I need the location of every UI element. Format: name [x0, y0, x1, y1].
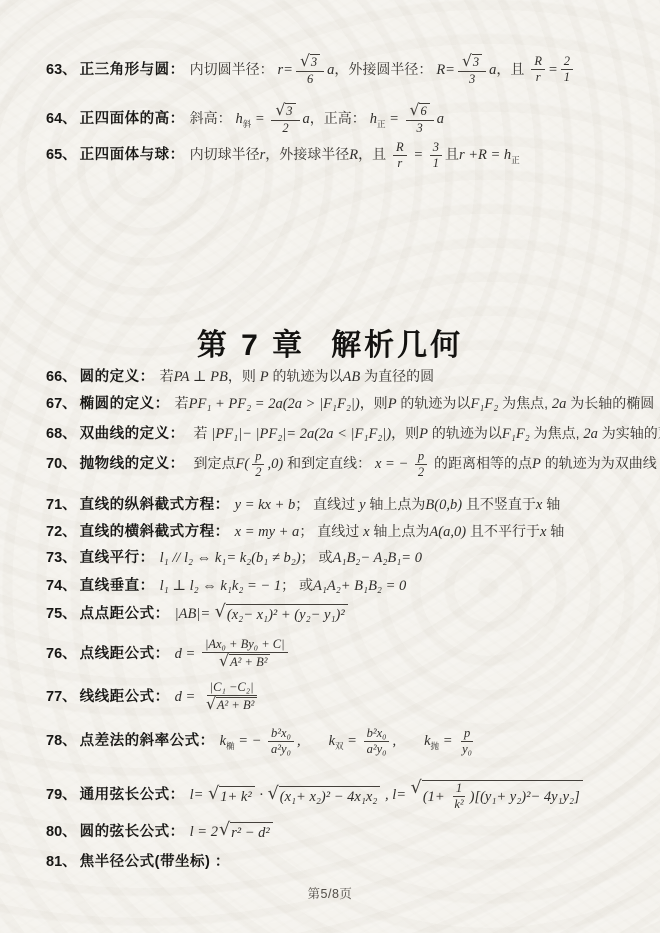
math-text: p: [255, 450, 261, 463]
text: ，且: [358, 146, 390, 162]
fraction-denominator: 3: [413, 121, 425, 135]
radicand: A² + B²: [216, 697, 257, 712]
math-text: )[(y₁+ y₂)²− 4y₁y₂]: [470, 788, 580, 806]
item-formula: 内切球半径r，外接球半径R，且 Rr = 31且r +R = h正: [190, 146, 520, 162]
fraction-numerator: p: [252, 450, 264, 465]
item-formula: d = |Ax₀ + By₀ + C|√A² + B²: [175, 645, 291, 661]
math-text: =: [344, 733, 361, 749]
fraction-numerator: √3: [296, 54, 324, 72]
subscript: 双: [335, 741, 344, 751]
fraction: √33: [458, 54, 486, 86]
formula-item-80: 80、圆的弦长公式：l = 2√r² − d²: [46, 822, 652, 842]
item-formula: |AB|= √(x₂− x₁)² + (y₂− y₁)²: [175, 605, 349, 621]
formula-item-78: 78、点差法的斜率公式：k椭 = − b²x₀a²y₀, k双 = b²x₀a²…: [46, 727, 652, 756]
item-number: 81、: [46, 854, 77, 870]
math-text: 6: [307, 73, 313, 86]
chapter-title: 解析几何: [331, 329, 463, 362]
math-text: 3: [286, 105, 292, 118]
math-text: l₁ ⊥ l₂ ⇔ k₁k₂ = − 1: [160, 578, 281, 594]
math-text: P: [532, 456, 541, 472]
text: 轴: [546, 523, 564, 539]
text: ，则: [360, 395, 388, 411]
item-number: 75、: [46, 606, 77, 622]
fraction: √63: [406, 103, 434, 135]
fraction-denominator: √A² + B²: [215, 653, 274, 670]
formula-item-81: 81、焦半径公式(带坐标) ：: [46, 853, 652, 871]
fraction-denominator: r: [394, 156, 405, 170]
item-number: 72、: [46, 524, 77, 540]
item-formula: 到定点F(p2,0) 和到定直线： x = − p2 的距离相等的点P 的轨迹为…: [190, 455, 657, 471]
radical-sign: √: [268, 786, 279, 806]
math-text: d =: [175, 646, 199, 662]
item-formula: l₁ ⊥ l₂ ⇔ k₁k₂ = − 1； 或A₁A₂+ B₁B₂ = 0: [160, 577, 407, 593]
subscript: 抛: [431, 741, 440, 751]
text: ，则: [228, 368, 260, 384]
math-text: ,0): [267, 456, 283, 472]
math-text: y₀: [462, 743, 472, 756]
math-text: 6: [420, 105, 426, 118]
radical-sign: √: [219, 654, 229, 670]
item-number: 73、: [46, 550, 77, 566]
radical: √(x₁+ x₂)² − 4x₁x₂: [268, 786, 381, 806]
fraction-denominator: a²y₀: [268, 742, 294, 756]
radical-sign: √: [411, 780, 422, 811]
radicand: A² + B²: [229, 654, 270, 669]
math-text: 3: [416, 122, 422, 135]
text: 和到定直线：: [283, 455, 375, 471]
math-text: r +R = h: [459, 147, 511, 163]
math-text: R=: [436, 62, 455, 78]
math-text: AB: [342, 369, 360, 385]
fraction: √32: [271, 103, 299, 135]
math-text: d =: [175, 689, 199, 705]
text: 轴上点为: [370, 523, 430, 539]
text: 若: [160, 368, 174, 384]
math-text: r: [536, 71, 541, 84]
item-title: 通用弦长公式：: [80, 787, 185, 803]
math-text: , l=: [381, 787, 409, 803]
math-text: P: [388, 396, 397, 412]
math-text: a: [303, 111, 310, 127]
text: 内切球半径: [190, 146, 260, 162]
item-number: 65、: [46, 147, 77, 163]
text: 的距离相等的点: [430, 455, 532, 471]
fraction: |C₁ −C₂|√A² + B²: [202, 681, 261, 713]
text: 为焦点,: [498, 395, 552, 411]
fraction-numerator: R: [393, 141, 407, 156]
text: 为直径的圆: [360, 368, 434, 384]
math-text: A₁A₂+ B₁B₂ = 0: [313, 578, 406, 594]
radical: √A² + B²: [219, 654, 270, 670]
math-text: =: [410, 147, 427, 163]
item-formula: l = 2√r² − d²: [190, 823, 274, 839]
math-text: PA ⊥ PB: [174, 369, 228, 385]
fraction-numerator: √3: [271, 103, 299, 121]
math-text: h: [236, 111, 243, 127]
math-text: (1+: [423, 788, 449, 806]
math-text: A(a,0): [429, 524, 466, 540]
item-formula: 内切圆半径： r=√36a，外接圆半径： R=√33a，且 Rr=21: [190, 61, 576, 77]
radical-sign: √: [208, 786, 219, 806]
radical-sign: √: [410, 103, 420, 119]
radicand: 3: [472, 54, 482, 69]
radical: √(x₂− x₁)² + (y₂− y₁)²: [215, 604, 348, 624]
math-text: h: [370, 111, 377, 127]
item-title: 直线的横斜截式方程：: [80, 524, 230, 540]
fraction-numerator: |Ax₀ + By₀ + C|: [202, 638, 288, 653]
fraction: b²x₀a²y₀: [268, 727, 294, 756]
math-text: B(0,b): [425, 497, 462, 513]
fraction-numerator: b²x₀: [268, 727, 294, 742]
formula-item-71: 71、直线的纵斜截式方程：y = kx + b； 直线过 y 轴上点为B(0,b…: [46, 496, 652, 514]
math-text: =: [385, 111, 402, 127]
chapter-heading: 第 7 章解析几何: [0, 320, 660, 364]
math-text: F₁F₂: [502, 426, 530, 442]
text: ，则: [391, 425, 419, 441]
formula-item-75: 75、点点距公式：|AB|= √(x₂− x₁)² + (y₂− y₁)²: [46, 604, 652, 624]
text: 的轨迹为以: [269, 368, 343, 384]
math-text: 2: [255, 466, 261, 479]
radicand: 1+ k²: [219, 786, 254, 806]
text: 若: [175, 395, 189, 411]
math-text: 1: [433, 157, 439, 170]
fraction-numerator: √3: [458, 54, 486, 72]
text: 轴上点为: [366, 496, 426, 512]
item-title: 直线垂直：: [80, 578, 155, 594]
fraction: 21: [561, 55, 573, 84]
math-text: l = 2: [190, 824, 218, 840]
text: 为长轴的椭圆: [566, 395, 654, 411]
math-text: b²x₀: [271, 727, 291, 740]
radical: √(1+ 1k²)[(y₁+ y₂)²− 4y₁y₂]: [411, 780, 583, 811]
item-number: 64、: [46, 111, 77, 127]
text: 轴: [542, 496, 560, 512]
fraction: 1k²: [451, 782, 466, 811]
fraction-numerator: √6: [406, 103, 434, 121]
radical: √1+ k²: [208, 786, 255, 806]
text: ，正高：: [310, 110, 370, 126]
math-text: F₁F₂: [470, 396, 498, 412]
fraction-numerator: p: [415, 450, 427, 465]
item-title: 线线距公式：: [80, 689, 170, 705]
formula-item-63: 63、正三角形与圆：内切圆半径： r=√36a，外接圆半径： R=√33a，且 …: [46, 54, 652, 86]
text: 为焦点,: [530, 425, 584, 441]
radicand: r² − d²: [230, 822, 273, 842]
item-formula: 若PF₁ + PF₂ = 2a(2a > |F₁F₂|)，则P 的轨迹为以F₁F…: [175, 395, 655, 411]
text: 斜高：: [190, 110, 236, 126]
document-page: 63、正三角形与圆：内切圆半径： r=√36a，外接圆半径： R=√33a，且 …: [0, 0, 660, 933]
fraction-numerator: |C₁ −C₂|: [207, 681, 257, 696]
fraction-numerator: 1: [453, 782, 465, 797]
formula-item-77: 77、线线距公式：d = |C₁ −C₂|√A² + B²: [46, 681, 652, 713]
item-formula: 斜高： h斜 = √32a，正高： h正 = √63a: [190, 110, 444, 126]
text: 若: [190, 425, 212, 441]
math-text: a: [437, 111, 444, 127]
math-text: PF₁ + PF₂ = 2a(2a > |F₁F₂|): [189, 396, 360, 412]
text: 且: [445, 146, 459, 162]
math-text: A² + B²: [230, 656, 267, 669]
item-title: 正三角形与圆：: [80, 62, 185, 78]
text: [396, 732, 424, 748]
math-text: =: [251, 111, 268, 127]
math-text: 1: [564, 71, 570, 84]
fraction: p2: [415, 450, 427, 479]
item-title: 直线的纵斜截式方程：: [80, 497, 230, 513]
radicand: 3: [310, 54, 320, 69]
fraction-denominator: 6: [304, 72, 316, 86]
math-text: |AB|=: [175, 606, 214, 622]
text: 内切圆半径：: [190, 61, 278, 77]
item-title: 抛物线的定义：: [80, 456, 185, 472]
math-text: r: [397, 157, 402, 170]
formula-item-72: 72、直线的横斜截式方程：x = my + a； 直线过 x 轴上点为A(a,0…: [46, 523, 652, 541]
math-text: A₁B₂− A₂B₁= 0: [333, 550, 422, 566]
item-formula: x = my + a； 直线过 x 轴上点为A(a,0) 且不平行于x 轴: [235, 523, 565, 539]
item-number: 67、: [46, 396, 77, 412]
fraction: Rr: [531, 55, 545, 84]
text: 且不平行于: [466, 523, 540, 539]
item-title: 直线平行：: [80, 550, 155, 566]
formula-item-68: 68、双曲线的定义： 若 |PF₁|− |PF₂|= 2a(2a < |F₁F₂…: [46, 425, 652, 443]
fraction-denominator: r: [533, 70, 544, 84]
text: ，外接圆半径：: [334, 61, 436, 77]
fraction: p2: [252, 450, 264, 479]
math-text: l=: [190, 787, 207, 803]
math-text: = −: [235, 733, 265, 749]
fraction-denominator: 2: [252, 465, 264, 479]
text: 的轨迹为以: [397, 395, 471, 411]
fraction-denominator: 1: [561, 70, 573, 84]
math-text: 2a: [583, 426, 598, 442]
formula-item-64: 64、正四面体的高：斜高： h斜 = √32a，正高： h正 = √63a: [46, 103, 652, 135]
text: ，且: [496, 61, 528, 77]
item-title: 圆的弦长公式：: [80, 824, 185, 840]
formula-item-76: 76、点线距公式：d = |Ax₀ + By₀ + C|√A² + B²: [46, 638, 652, 670]
fraction-numerator: b²x₀: [364, 727, 390, 742]
item-number: 68、: [46, 426, 77, 442]
radicand: (x₁+ x₂)² − 4x₁x₂: [279, 786, 381, 806]
item-number: 74、: [46, 578, 77, 594]
item-title: 点线距公式：: [80, 646, 170, 662]
math-text: (x₂− x₁)² + (y₂− y₁)²: [227, 606, 345, 624]
math-text: P: [419, 426, 428, 442]
math-text: 2a: [552, 396, 567, 412]
math-text: A² + B²: [217, 699, 254, 712]
radical-sign: √: [206, 697, 216, 713]
item-number: 76、: [46, 646, 77, 662]
fraction: py₀: [459, 727, 475, 756]
item-number: 77、: [46, 689, 77, 705]
fraction-numerator: 2: [561, 55, 573, 70]
text: [301, 732, 329, 748]
item-title: 双曲线的定义：: [80, 426, 185, 442]
radical-sign: √: [215, 604, 226, 624]
item-formula: l₁ // l₂ ⇔ k₁= k₂(b₁ ≠ b₂)； 或A₁B₂− A₂B₁=…: [160, 549, 422, 565]
fraction-denominator: 2: [279, 121, 291, 135]
item-formula: 若PA ⊥ PB，则 P 的轨迹为以AB 为直径的圆: [160, 368, 434, 384]
fraction: 31: [430, 141, 442, 170]
fraction-denominator: 2: [415, 465, 427, 479]
math-text: p: [464, 727, 470, 740]
fraction: Rr: [393, 141, 407, 170]
item-number: 79、: [46, 787, 77, 803]
text: ； 直线过: [299, 523, 363, 539]
formula-item-70: 70、抛物线的定义： 到定点F(p2,0) 和到定直线： x = − p2 的距…: [46, 450, 652, 479]
math-text: y = kx + b: [235, 497, 296, 513]
radical-sign: √: [300, 54, 310, 70]
math-text: F(: [236, 456, 250, 472]
fraction: √36: [296, 54, 324, 86]
item-formula: d = |C₁ −C₂|√A² + B²: [175, 688, 265, 704]
math-text: 3: [311, 56, 317, 69]
math-text: x = −: [375, 456, 412, 472]
item-number: 78、: [46, 733, 77, 749]
fraction-denominator: 1: [430, 156, 442, 170]
text: 且不竖直于: [462, 496, 536, 512]
item-number: 71、: [46, 497, 77, 513]
math-text: 2: [564, 55, 570, 68]
text: ，外接球半径: [265, 146, 349, 162]
math-text: 2: [282, 122, 288, 135]
math-text: 1: [456, 782, 462, 795]
text: 的轨迹为为双曲线: [541, 455, 657, 471]
text: ； 或: [281, 577, 313, 593]
formula-item-66: 66、圆的定义：若PA ⊥ PB，则 P 的轨迹为以AB 为直径的圆: [46, 368, 652, 386]
math-text: 3: [469, 73, 475, 86]
item-title: 圆的定义：: [80, 369, 155, 385]
math-text: R: [396, 141, 404, 154]
subscript: 正: [511, 155, 520, 165]
math-text: 1+ k²: [220, 788, 251, 806]
radical-sign: √: [462, 54, 472, 70]
radical: √r² − d²: [219, 822, 273, 842]
math-text: R: [349, 147, 358, 163]
fraction: |Ax₀ + By₀ + C|√A² + B²: [202, 638, 288, 670]
fraction-numerator: p: [461, 727, 473, 742]
formula-item-65: 65、正四面体与球：内切球半径r，外接球半径R，且 Rr = 31且r +R =…: [46, 141, 652, 170]
item-formula: k椭 = − b²x₀a²y₀, k双 = b²x₀a²y₀, k抛 = py₀: [220, 732, 478, 748]
radicand: 6: [419, 103, 429, 118]
radical-sign: √: [275, 103, 285, 119]
math-text: 3: [433, 141, 439, 154]
math-text: r² − d²: [231, 824, 270, 842]
formula-item-79: 79、通用弦长公式：l= √1+ k² · √(x₁+ x₂)² − 4x₁x₂…: [46, 780, 652, 811]
math-text: (x₁+ x₂)² − 4x₁x₂: [280, 788, 378, 806]
math-text: |Ax₀ + By₀ + C|: [205, 638, 285, 651]
math-text: b²x₀: [367, 727, 387, 740]
text: 到定点: [190, 455, 236, 471]
math-text: |C₁ −C₂|: [210, 681, 254, 694]
page-footer: 第5/8页: [0, 884, 660, 902]
radical: √3: [300, 54, 320, 70]
math-text: k²: [454, 798, 463, 811]
item-title: 点点距公式：: [80, 606, 170, 622]
fraction-denominator: y₀: [459, 742, 475, 756]
item-title: 焦半径公式(带坐标) ：: [80, 854, 230, 870]
math-text: r=: [278, 62, 293, 78]
radical: √3: [462, 54, 482, 70]
math-text: ·: [256, 787, 267, 803]
text: ； 或: [301, 549, 333, 565]
fraction-numerator: R: [531, 55, 545, 70]
radical: √3: [275, 103, 295, 119]
math-text: P: [260, 369, 269, 385]
radicand: 3: [285, 103, 295, 118]
math-text: 3: [473, 56, 479, 69]
text: ； 直线过: [295, 496, 359, 512]
chapter-number: 第 7 章: [197, 329, 305, 362]
radical-sign: √: [219, 822, 230, 842]
item-title: 正四面体与球：: [80, 147, 185, 163]
fraction-denominator: a²y₀: [364, 742, 390, 756]
text: 的轨迹为以: [428, 425, 502, 441]
radicand: (1+ 1k²)[(y₁+ y₂)²− 4y₁y₂]: [422, 780, 583, 811]
item-formula: 若 |PF₁|− |PF₂|= 2a(2a < |F₁F₂|)，则P 的轨迹为以…: [190, 425, 660, 441]
math-text: a²y₀: [271, 743, 291, 756]
item-formula: y = kx + b； 直线过 y 轴上点为B(0,b) 且不竖直于x 轴: [235, 496, 561, 512]
radical: √6: [410, 103, 430, 119]
math-text: =: [548, 62, 558, 78]
item-title: 正四面体的高：: [80, 111, 185, 127]
formula-item-67: 67、椭圆的定义：若PF₁ + PF₂ = 2a(2a > |F₁F₂|)，则P…: [46, 395, 652, 413]
radicand: (x₂− x₁)² + (y₂− y₁)²: [226, 604, 348, 624]
fraction: b²x₀a²y₀: [364, 727, 390, 756]
math-text: 2: [418, 466, 424, 479]
fraction-denominator: √A² + B²: [202, 696, 261, 713]
math-text: R: [534, 55, 542, 68]
formula-item-74: 74、直线垂直：l₁ ⊥ l₂ ⇔ k₁k₂ = − 1； 或A₁A₂+ B₁B…: [46, 577, 652, 595]
item-formula: l= √1+ k² · √(x₁+ x₂)² − 4x₁x₂ , l= √(1+…: [190, 786, 584, 802]
math-text: =: [439, 733, 456, 749]
text: 为实轴的双曲线: [598, 425, 660, 441]
item-number: 63、: [46, 62, 77, 78]
math-text: x = my + a: [235, 524, 300, 540]
radical: √A² + B²: [206, 697, 257, 713]
item-number: 80、: [46, 824, 77, 840]
formula-item-73: 73、直线平行：l₁ // l₂ ⇔ k₁= k₂(b₁ ≠ b₂)； 或A₁B…: [46, 549, 652, 567]
item-number: 66、: [46, 369, 77, 385]
math-text: |PF₁|− |PF₂|= 2a(2a < |F₁F₂|): [211, 426, 391, 442]
fraction-denominator: k²: [451, 797, 466, 811]
math-text: a²y₀: [367, 743, 387, 756]
subscript: 椭: [226, 741, 235, 751]
math-text: l₁ // l₂ ⇔ k₁= k₂(b₁ ≠ b₂): [160, 550, 301, 566]
fraction-denominator: 3: [466, 72, 478, 86]
math-text: p: [418, 450, 424, 463]
item-number: 70、: [46, 456, 77, 472]
item-title: 点差法的斜率公式：: [80, 733, 215, 749]
fraction-numerator: 3: [430, 141, 442, 156]
item-title: 椭圆的定义：: [80, 396, 170, 412]
